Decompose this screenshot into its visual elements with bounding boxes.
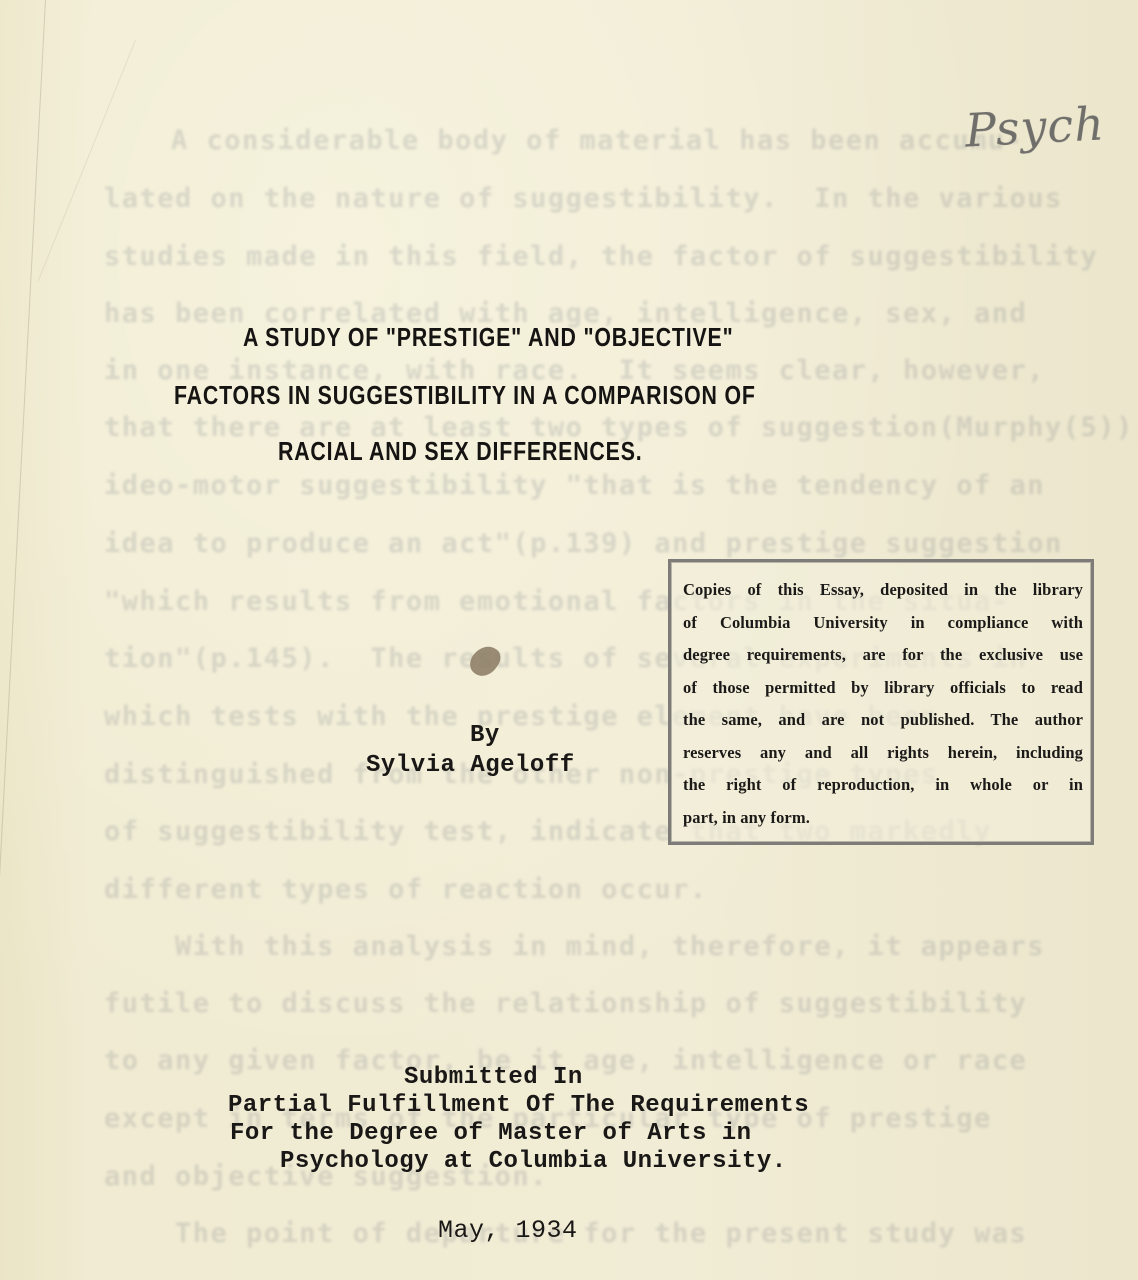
notice-line: degree requirements, are for the exclusi… — [683, 639, 1083, 672]
library-notice-box: Copies of this Essay, deposited in the l… — [668, 559, 1094, 845]
submission-line: Psychology at Columbia University. — [280, 1148, 787, 1175]
author-name: Sylvia Ageloff — [366, 752, 575, 779]
notice-line: of those permitted by library officials … — [683, 672, 1083, 705]
notice-line: the right of reproduction, in whole or i… — [683, 769, 1083, 802]
notice-line: Copies of this Essay, deposited in the l… — [683, 574, 1083, 607]
notice-line: reserves any and all rights herein, incl… — [683, 737, 1083, 770]
submission-line: Partial Fulfillment Of The Requirements — [228, 1092, 809, 1119]
bleed-line: With this analysis in mind, therefore, i… — [104, 931, 1045, 962]
thesis-title-line: RACIAL AND SEX DIFFERENCES. — [278, 436, 642, 467]
byline-by: By — [470, 722, 500, 749]
notice-line: part, in any form. — [683, 802, 1083, 835]
bleed-line: lated on the nature of suggestibility. I… — [104, 183, 1063, 214]
bleed-through-text: A considerable body of material has been… — [0, 0, 71, 682]
submission-line: Submitted In — [404, 1064, 583, 1091]
notice-line: the same, and are not published. The aut… — [683, 704, 1083, 737]
bleed-line: different types of reaction occur. — [104, 874, 708, 905]
notice-line: of Columbia University in compliance wit… — [683, 607, 1083, 640]
submission-line: For the Degree of Master of Arts in — [230, 1120, 752, 1147]
bleed-line: futile to discuss the relationship of su… — [104, 988, 1027, 1019]
bleed-line: idea to produce an act"(p.139) and prest… — [104, 528, 1063, 559]
bleed-line: A considerable body of material has been… — [100, 125, 1023, 156]
thesis-title-line: FACTORS IN SUGGESTIBILITY IN A COMPARISO… — [174, 380, 756, 411]
bleed-line: studies made in this field, the factor o… — [104, 241, 1098, 272]
submission-date: May, 1934 — [438, 1216, 578, 1245]
document-page: A considerable body of material has been… — [0, 0, 1138, 1280]
handwritten-annotation: Psych — [964, 96, 1106, 157]
bleed-line: ideo-motor suggestibility "that is the t… — [104, 470, 1045, 501]
thesis-title-line: A STUDY OF "PRESTIGE" AND "OBJECTIVE" — [243, 322, 734, 353]
